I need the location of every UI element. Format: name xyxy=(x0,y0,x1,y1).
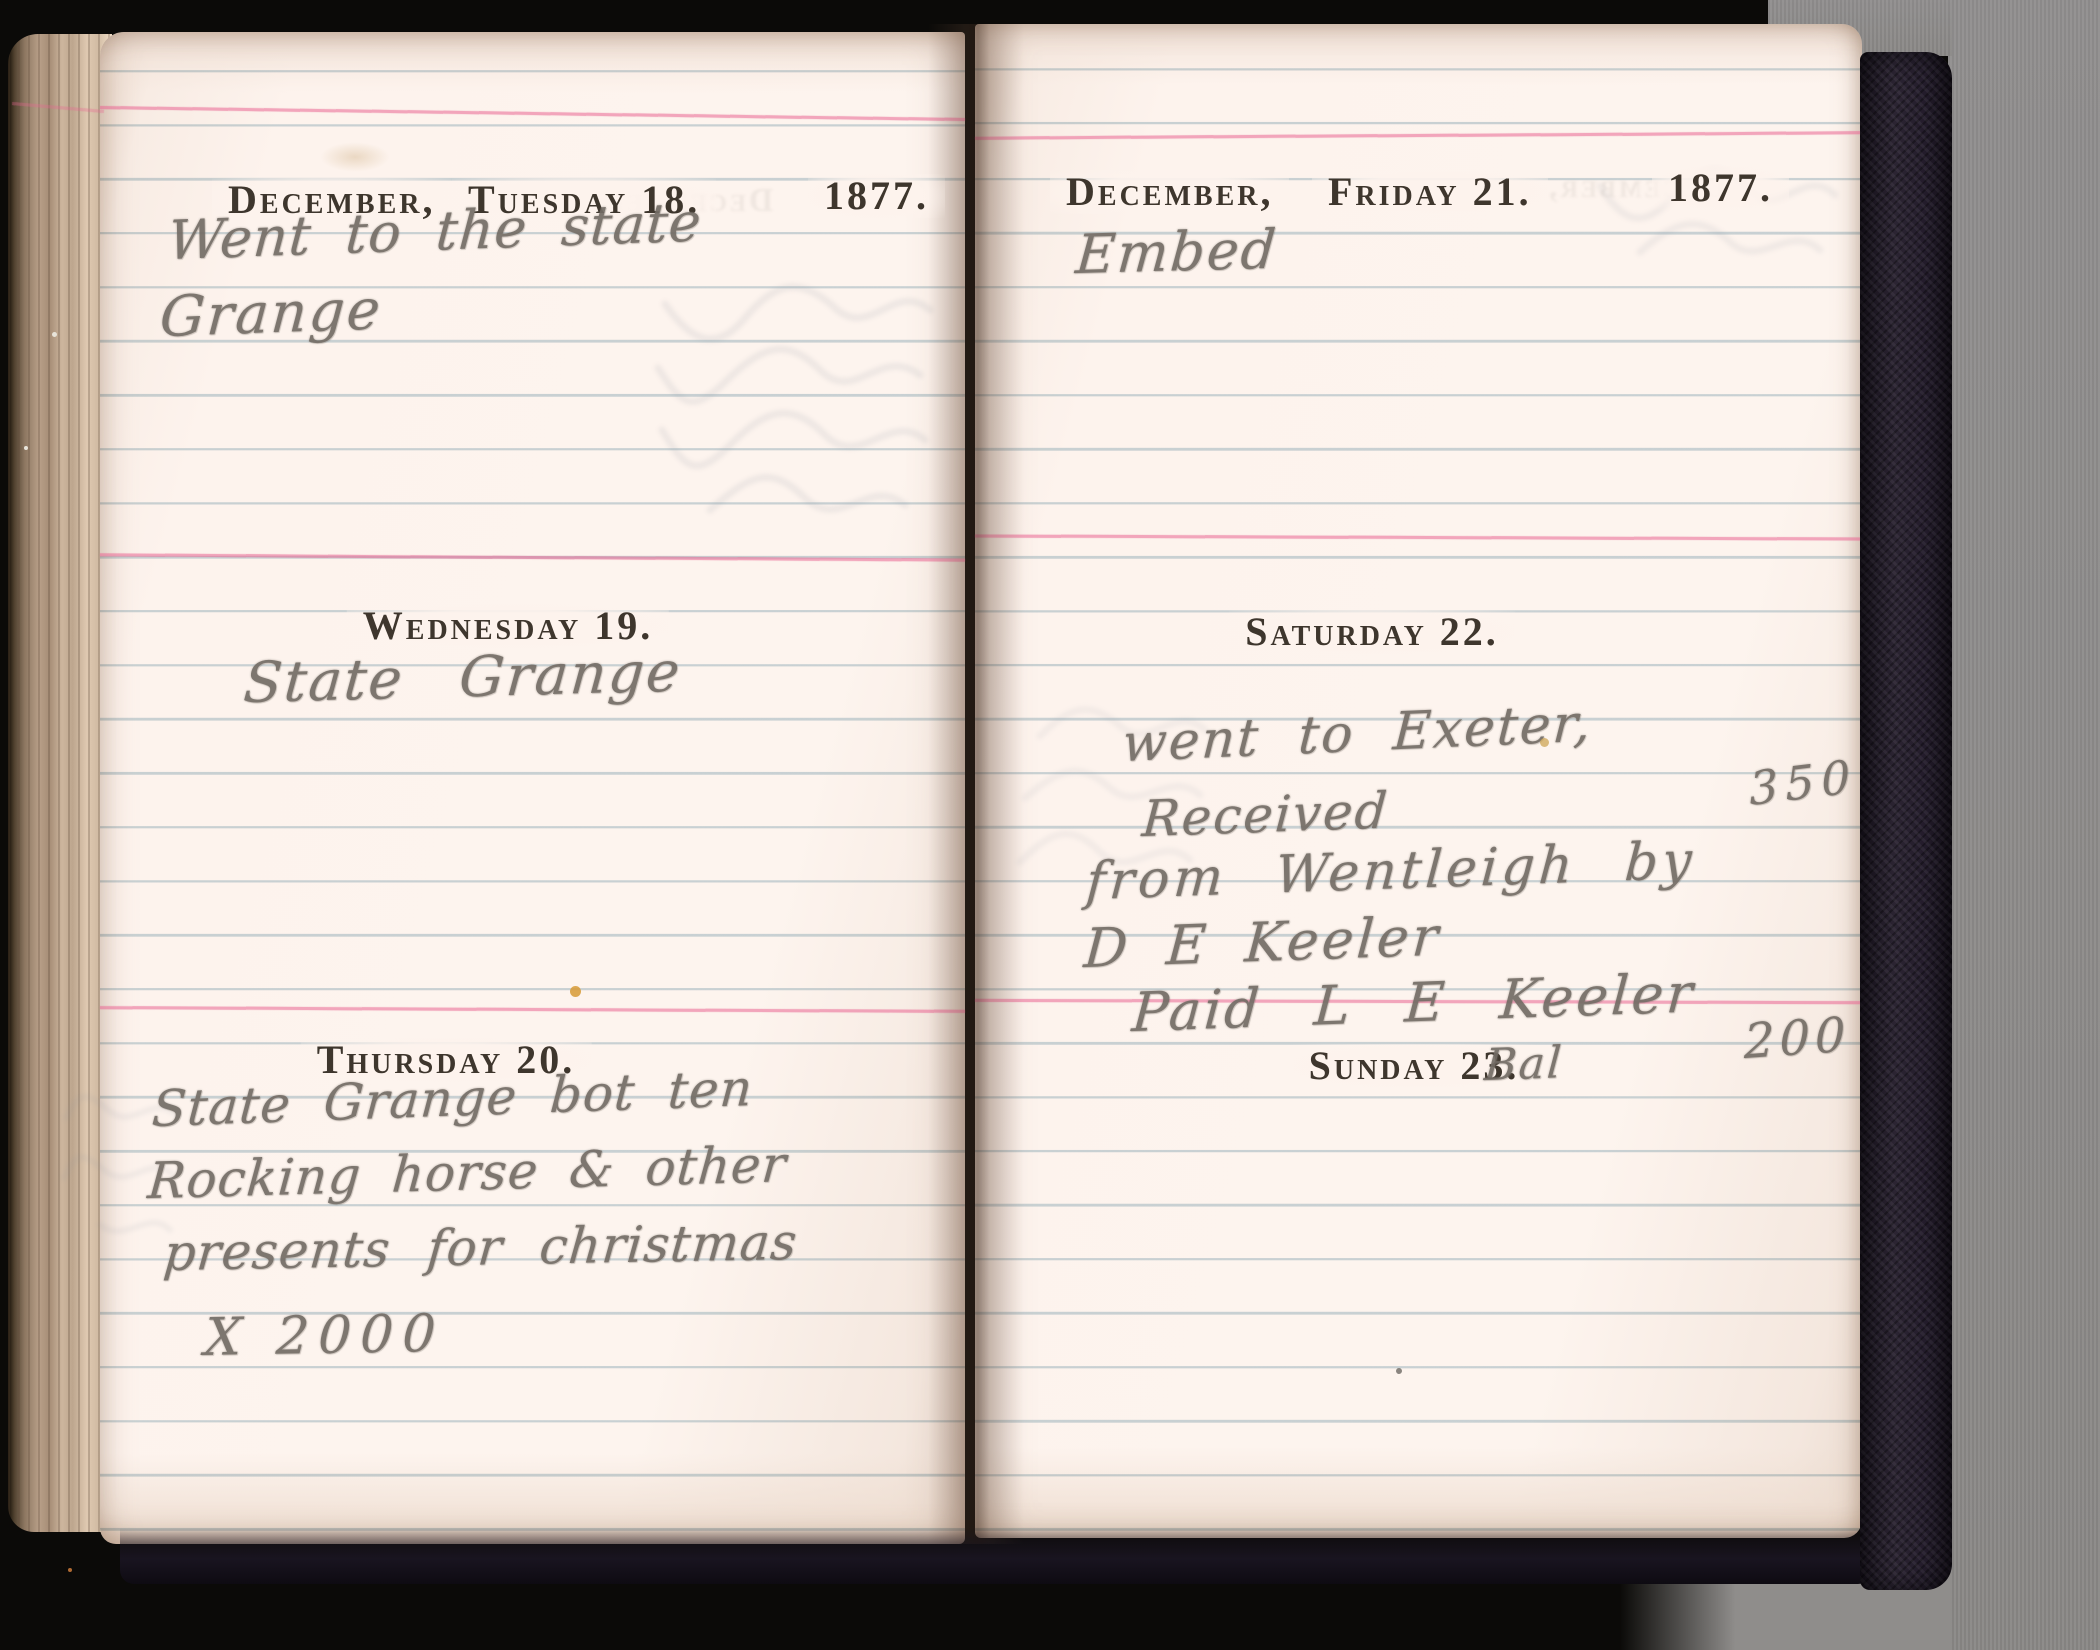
dust-speck xyxy=(24,446,28,450)
entry-wed19-line1: State Grange xyxy=(242,645,684,713)
left-year-label: 1877. xyxy=(808,174,945,218)
paper-speck xyxy=(1396,1368,1402,1374)
saturday-header: Saturday 22. xyxy=(1229,610,1515,654)
paper-stain xyxy=(1540,738,1549,747)
cover-bottom-edge xyxy=(120,1528,1880,1584)
dust-speck xyxy=(68,1568,72,1572)
entry-sat22-received: Received xyxy=(1140,785,1390,844)
scanner-bed-right xyxy=(1948,0,2100,1650)
paper-stain xyxy=(570,986,581,997)
scanned-diary-spread: December, December, December, Tuesday 18… xyxy=(0,0,2100,1650)
entry-sat22-bal: Bal xyxy=(1483,1041,1565,1088)
book-cover xyxy=(1860,52,1952,1590)
right-year-label: 1877. xyxy=(1652,166,1789,210)
paper-stain xyxy=(320,142,390,172)
entry-sat22-amount-350: 350 xyxy=(1748,753,1858,812)
bleed-through-ghost-writing xyxy=(650,270,950,570)
dust-speck xyxy=(52,332,57,337)
entry-tue18-line2: Grange xyxy=(158,282,384,346)
entry-sat22-keeler: D E Keeler xyxy=(1082,910,1442,977)
right-day-label: Friday 21. xyxy=(1312,170,1548,214)
entry-thu20-line4: X 2000 xyxy=(203,1308,446,1364)
page-edge-stack xyxy=(8,34,112,1532)
entry-thu20-line3: presents for christmas xyxy=(162,1217,800,1278)
entry-fri21-line1: Embed xyxy=(1074,223,1280,282)
right-month-label: December, xyxy=(1050,170,1289,214)
entry-sat22-amount-200: 200 xyxy=(1744,1011,1850,1067)
